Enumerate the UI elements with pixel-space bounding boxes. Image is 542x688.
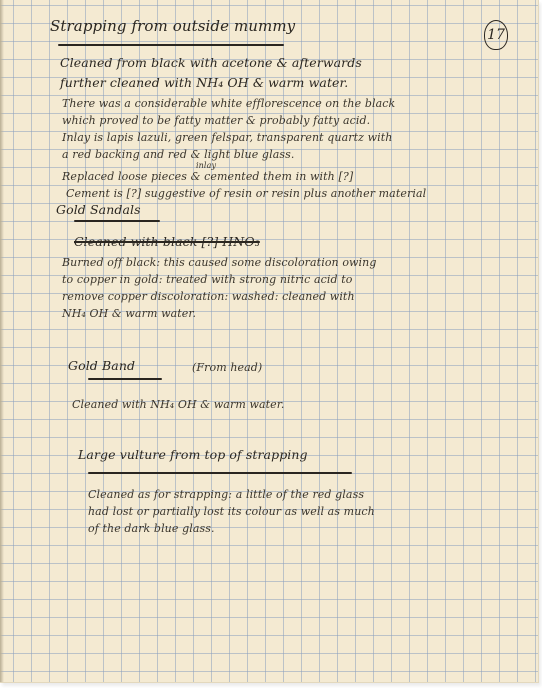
struck-line: Cleaned with black [?] HNO₃ [74, 234, 260, 249]
section-title-gold-sandals: Gold Sandals [56, 202, 141, 217]
text-line: Inlay is lapis lazuli, green felspar, tr… [62, 131, 392, 144]
text-line: remove copper discoloration: washed: cle… [62, 290, 355, 303]
text-line: There was a considerable white effloresc… [62, 97, 395, 110]
section-title-gold-band: Gold Band [68, 358, 135, 373]
text-line: NH₄ OH & warm water. [62, 307, 196, 320]
title-underline [88, 472, 352, 474]
section-title-large-vulture: Large vulture from top of strapping [78, 447, 308, 462]
title-underline [58, 44, 284, 46]
text-line: Cement is [?] suggestive of resin or res… [66, 187, 426, 200]
notebook-page: 17 Strapping from outside mummy Cleaned … [0, 0, 539, 683]
text-line: which proved to be fatty matter & probab… [62, 114, 370, 127]
text-line: Cleaned as for strapping: a little of th… [88, 488, 364, 501]
text-line: a red backing and red & light blue glass… [62, 148, 294, 161]
page-number: 17 [484, 20, 508, 50]
text-line: further cleaned with NH₄ OH & warm water… [60, 75, 348, 90]
text-line: Cleaned with NH₄ OH & warm water. [72, 398, 285, 411]
text-line: had lost or partially lost its colour as… [88, 505, 375, 518]
title-underline [74, 220, 160, 222]
text-line: of the dark blue glass. [88, 522, 215, 535]
text-line: Replaced loose pieces & cemented them in… [62, 170, 353, 183]
text-line: Cleaned from black with acetone & afterw… [60, 55, 362, 70]
text-line: Burned off black: this caused some disco… [62, 256, 377, 269]
inserted-word: inlay [196, 161, 216, 170]
section-title-strapping: Strapping from outside mummy [50, 17, 295, 35]
section-subtitle: (From head) [192, 361, 262, 374]
title-underline [88, 378, 162, 380]
text-line: to copper in gold: treated with strong n… [62, 273, 353, 286]
